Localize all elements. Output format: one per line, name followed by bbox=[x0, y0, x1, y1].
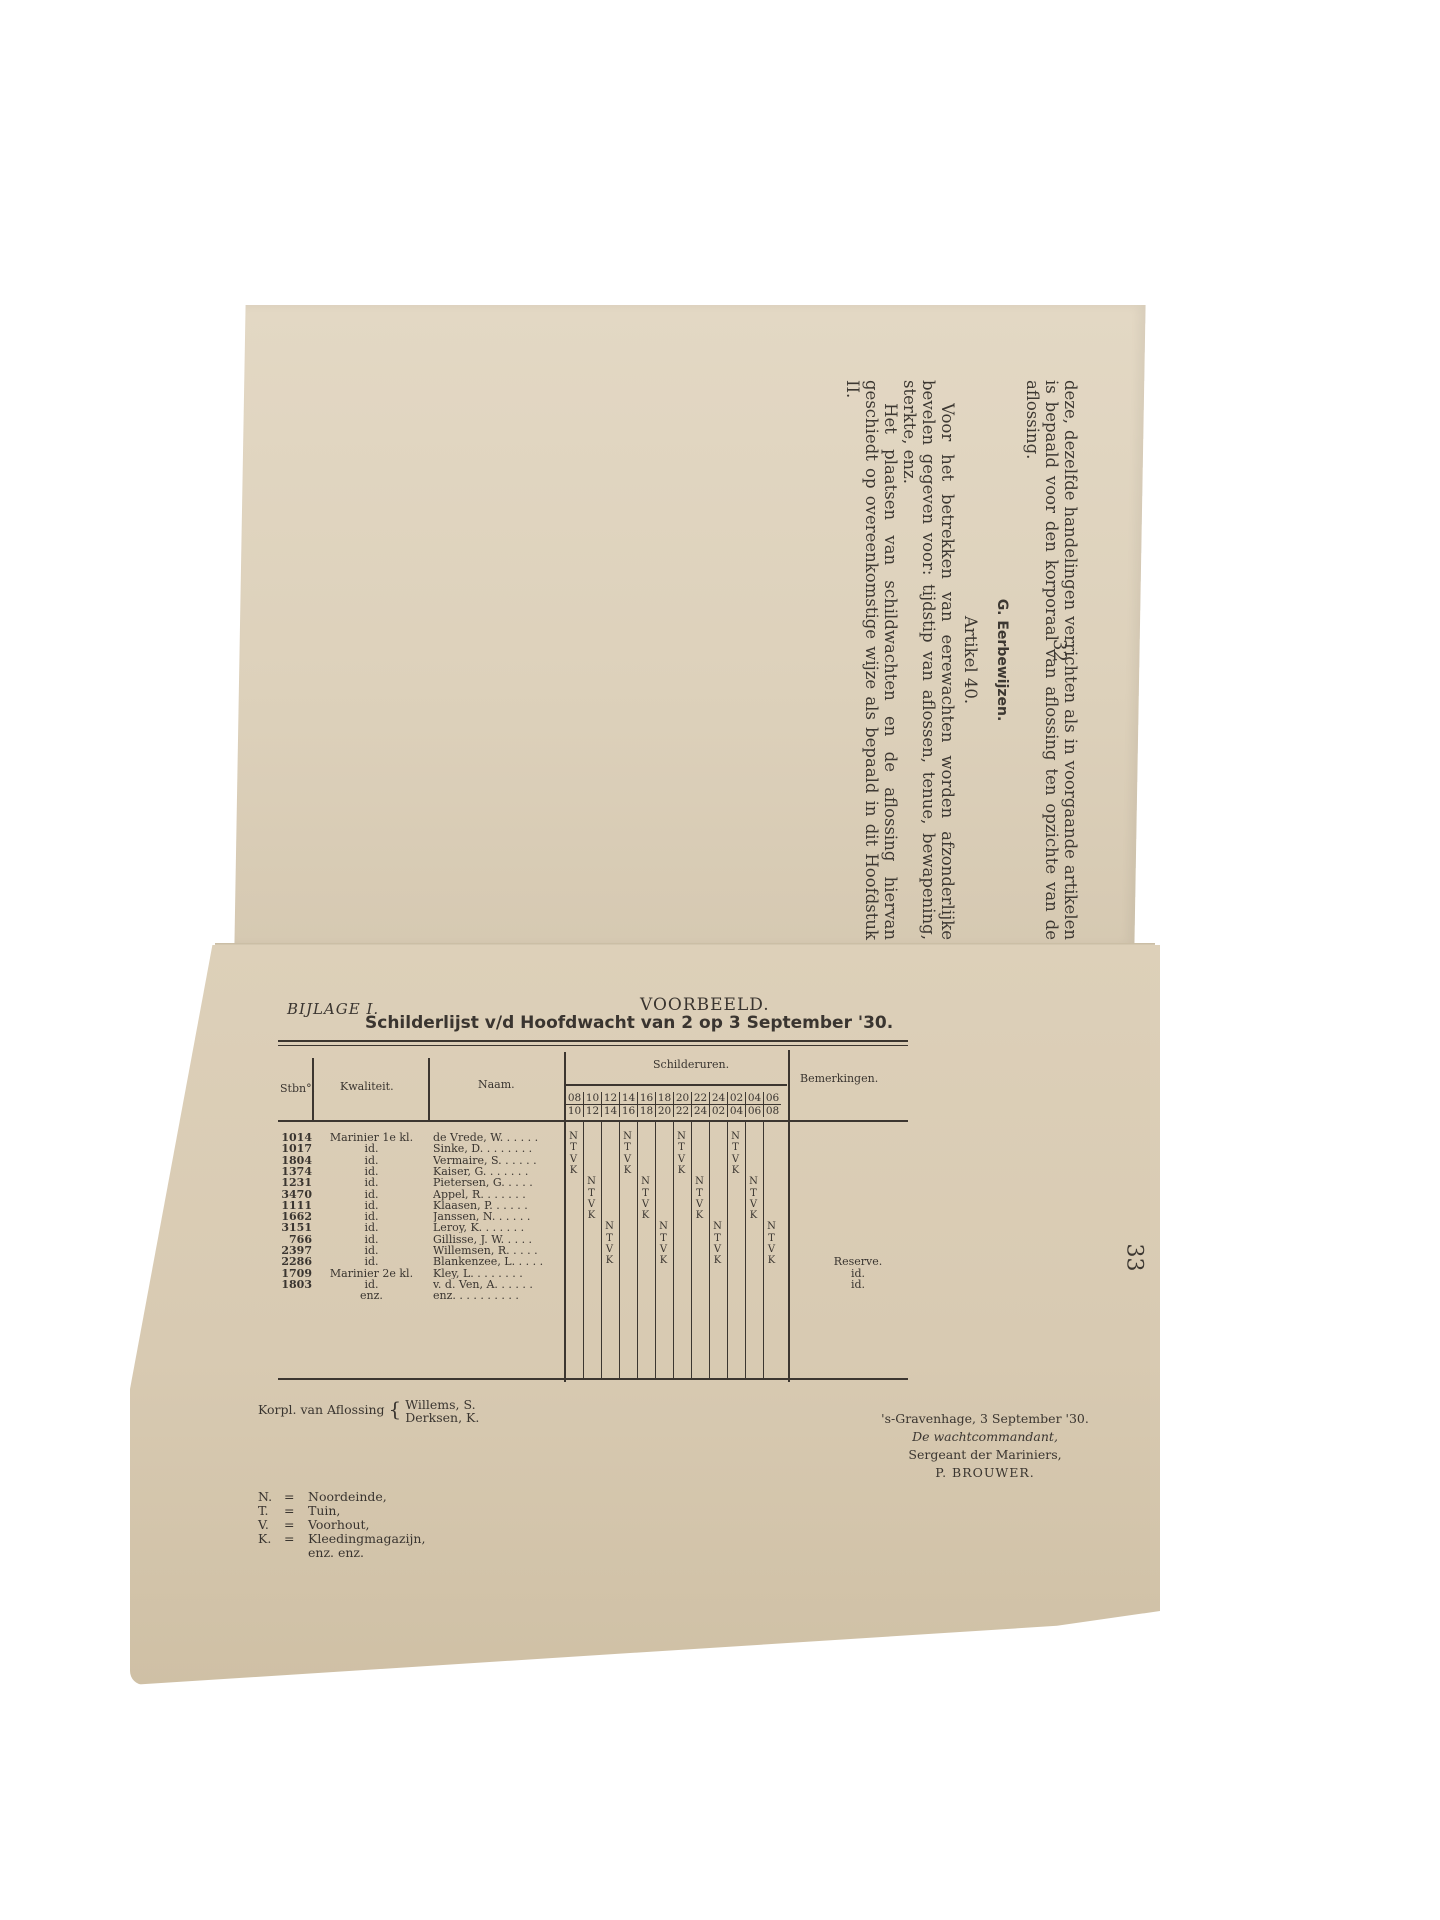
post-letter: V bbox=[655, 1245, 672, 1255]
post-letter: N bbox=[763, 1222, 780, 1232]
post-letter: V bbox=[691, 1200, 708, 1210]
post-letter: N bbox=[637, 1177, 654, 1187]
post-letter: V bbox=[637, 1200, 654, 1210]
post-letter: T bbox=[655, 1234, 672, 1244]
hour-column-2: 1214 bbox=[601, 1092, 619, 1117]
post-letter: K bbox=[565, 1166, 582, 1176]
hour-to: 12 bbox=[584, 1105, 601, 1117]
paragraph-3: Het plaatsen van schildwachten en de afl… bbox=[843, 380, 900, 940]
naam-cell: Klaasen, P. . . . . . bbox=[433, 1200, 558, 1211]
legend-row: N.=Noordeinde, bbox=[258, 1490, 425, 1504]
hour-column-0: 0810 bbox=[565, 1092, 583, 1117]
korporaal-aflossing: Korpl. van Aflossing { Willems, S. Derks… bbox=[258, 1395, 479, 1424]
bemerking-cell: id. bbox=[808, 1279, 908, 1290]
korporaal-label: Korpl. van Aflossing bbox=[258, 1402, 385, 1417]
page-33 bbox=[130, 945, 1160, 1685]
hour-from: 12 bbox=[602, 1092, 619, 1105]
post-letter: T bbox=[619, 1143, 636, 1153]
post-letter: K bbox=[655, 1256, 672, 1266]
hour-from: 20 bbox=[674, 1092, 691, 1105]
post-letter: T bbox=[637, 1189, 654, 1199]
signature-role: De wachtcommandant, bbox=[855, 1428, 1115, 1446]
hour-from: 16 bbox=[638, 1092, 655, 1105]
post-letter: N bbox=[601, 1222, 618, 1232]
page-number-33: 33 bbox=[1122, 1244, 1147, 1272]
kwaliteit-cell: id. bbox=[314, 1256, 429, 1267]
hour-to: 06 bbox=[746, 1105, 763, 1117]
legend-key bbox=[258, 1546, 284, 1560]
page-32-text: deze, dezelfde handelingen verrichten al… bbox=[780, 380, 1080, 940]
post-letter: N bbox=[673, 1132, 690, 1142]
equals-sign: = bbox=[284, 1518, 308, 1532]
post-letter: V bbox=[745, 1200, 762, 1210]
header-schilderuren: Schilderuren. bbox=[653, 1058, 729, 1071]
schilderuren-sub-rule bbox=[565, 1084, 787, 1086]
kwaliteit-cell: id. bbox=[314, 1155, 429, 1166]
hour-column-1: 1012 bbox=[583, 1092, 601, 1117]
header-kwaliteit: Kwaliteit. bbox=[340, 1080, 394, 1093]
signature-rank: Sergeant der Mariniers, bbox=[855, 1446, 1115, 1464]
kwaliteit-cell: id. bbox=[314, 1143, 429, 1154]
bemerking-cell: id. bbox=[808, 1268, 908, 1279]
naam-cell: Gillisse, J. W. . . . . bbox=[433, 1234, 558, 1245]
hour-divider bbox=[583, 1120, 584, 1378]
stbn-cell: 3470 bbox=[278, 1189, 312, 1200]
stbn-cell: 1803 bbox=[278, 1279, 312, 1290]
post-letter: N bbox=[655, 1222, 672, 1232]
post-letter: K bbox=[691, 1211, 708, 1221]
post-letter: K bbox=[709, 1256, 726, 1266]
post-letter: K bbox=[727, 1166, 744, 1176]
section-heading: G. Eerbewijzen. bbox=[992, 380, 1011, 940]
hour-to: 04 bbox=[728, 1105, 745, 1117]
bemerking-cell: Reserve. bbox=[808, 1256, 908, 1267]
post-letter: N bbox=[691, 1177, 708, 1187]
hour-column-7: 2224 bbox=[691, 1092, 709, 1117]
post-letter: V bbox=[565, 1155, 582, 1165]
hour-column-10: 0406 bbox=[745, 1092, 763, 1117]
equals-sign: = bbox=[284, 1504, 308, 1518]
header-naam: Naam. bbox=[478, 1078, 515, 1091]
table-row: enz.enz. . . . . . . . . . bbox=[278, 1290, 908, 1301]
naam-cell: Willemsen, R. . . . . bbox=[433, 1245, 558, 1256]
hour-column-8: 2402 bbox=[709, 1092, 727, 1117]
post-letter: K bbox=[745, 1211, 762, 1221]
kwaliteit-cell: id. bbox=[314, 1189, 429, 1200]
table-row: 2286id.Blankenzee, L. . . . .Reserve. bbox=[278, 1256, 908, 1267]
divider-stbn bbox=[312, 1058, 314, 1120]
korporaal-name-1: Willems, S. bbox=[405, 1398, 479, 1411]
hour-column-5: 1820 bbox=[655, 1092, 673, 1117]
table-title: Schilderlijst v/d Hoofdwacht van 2 op 3 … bbox=[365, 1013, 893, 1033]
naam-cell: Leroy, K. . . . . . . bbox=[433, 1222, 558, 1233]
legend-value: Tuin, bbox=[308, 1504, 340, 1518]
hour-from: 08 bbox=[566, 1092, 583, 1105]
header-bemerkingen: Bemerkingen. bbox=[800, 1072, 878, 1085]
hour-column-11: 0608 bbox=[763, 1092, 781, 1117]
hour-column-6: 2022 bbox=[673, 1092, 691, 1117]
equals-sign bbox=[284, 1546, 308, 1560]
legend-row: T.=Tuin, bbox=[258, 1504, 425, 1518]
hour-to: 16 bbox=[620, 1105, 637, 1117]
legend-row: enz. enz. bbox=[258, 1546, 425, 1560]
hour-to: 02 bbox=[710, 1105, 727, 1117]
post-letter: T bbox=[565, 1143, 582, 1153]
kwaliteit-cell: Marinier 2e kl. bbox=[314, 1268, 429, 1279]
korporaal-name-2: Derksen, K. bbox=[405, 1411, 479, 1424]
divider-kwaliteit bbox=[428, 1058, 430, 1120]
post-letter: V bbox=[601, 1245, 618, 1255]
hour-to: 14 bbox=[602, 1105, 619, 1117]
post-letter: V bbox=[619, 1155, 636, 1165]
post-letter: T bbox=[727, 1143, 744, 1153]
naam-cell: v. d. Ven, A. . . . . . bbox=[433, 1279, 558, 1290]
hour-to: 18 bbox=[638, 1105, 655, 1117]
hour-to: 22 bbox=[674, 1105, 691, 1117]
naam-cell: Pietersen, G. . . . . bbox=[433, 1177, 558, 1188]
stbn-cell: 3151 bbox=[278, 1222, 312, 1233]
legend-value: Kleedingmagazijn, bbox=[308, 1532, 425, 1546]
article-heading: Artikel 40. bbox=[961, 380, 980, 940]
post-letter: K bbox=[619, 1166, 636, 1176]
post-letter: V bbox=[709, 1245, 726, 1255]
post-letter: T bbox=[745, 1189, 762, 1199]
hour-columns-header: 0810101212141416161818202022222424020204… bbox=[565, 1092, 781, 1117]
naam-cell: Blankenzee, L. . . . . bbox=[433, 1256, 558, 1267]
naam-cell: Vermaire, S. . . . . . bbox=[433, 1155, 558, 1166]
kwaliteit-cell: id. bbox=[314, 1222, 429, 1233]
paragraph-2: Voor het betrekken van eerewachten worde… bbox=[900, 380, 957, 940]
signature-name: P. BROUWER. bbox=[855, 1464, 1115, 1482]
legend-key: K. bbox=[258, 1532, 284, 1546]
post-letter: K bbox=[601, 1256, 618, 1266]
stbn-cell: 2286 bbox=[278, 1256, 312, 1267]
post-letter: T bbox=[709, 1234, 726, 1244]
post-letter: V bbox=[583, 1200, 600, 1210]
hour-column-4: 1618 bbox=[637, 1092, 655, 1117]
table-row: 1709Marinier 2e kl.Kley, L. . . . . . . … bbox=[278, 1268, 908, 1279]
legend-row: V.=Voorhout, bbox=[258, 1518, 425, 1532]
hour-to: 08 bbox=[764, 1105, 781, 1117]
stbn-cell: 1804 bbox=[278, 1155, 312, 1166]
naam-cell: Appel, R. . . . . . . bbox=[433, 1189, 558, 1200]
hour-to: 20 bbox=[656, 1105, 673, 1117]
kwaliteit-cell: enz. bbox=[314, 1290, 429, 1301]
naam-cell: Sinke, D. . . . . . . . bbox=[433, 1143, 558, 1154]
legend-row: K.=Kleedingmagazijn, bbox=[258, 1532, 425, 1546]
brace-icon: { bbox=[389, 1397, 402, 1421]
post-letter: N bbox=[583, 1177, 600, 1187]
post-letter: K bbox=[583, 1211, 600, 1221]
post-letter: T bbox=[763, 1234, 780, 1244]
post-letter: N bbox=[745, 1177, 762, 1187]
post-letter: V bbox=[727, 1155, 744, 1165]
hour-divider bbox=[745, 1120, 746, 1378]
post-letter: V bbox=[673, 1155, 690, 1165]
legend-key: V. bbox=[258, 1518, 284, 1532]
stbn-cell: 1709 bbox=[278, 1268, 312, 1279]
legend-value: enz. enz. bbox=[308, 1546, 364, 1560]
post-letter: T bbox=[673, 1143, 690, 1153]
naam-cell: Janssen, N. . . . . . bbox=[433, 1211, 558, 1222]
post-letter: N bbox=[727, 1132, 744, 1142]
place-date: 's-Gravenhage, 3 September '30. bbox=[855, 1410, 1115, 1428]
header-stbn: Stbn°. bbox=[280, 1082, 315, 1095]
table-row: 3151id.Leroy, K. . . . . . . bbox=[278, 1222, 908, 1233]
equals-sign: = bbox=[284, 1490, 308, 1504]
legend-value: Noordeinde, bbox=[308, 1490, 387, 1504]
table-row: 1017id.Sinke, D. . . . . . . . bbox=[278, 1143, 908, 1154]
naam-cell: Kaiser, G. . . . . . . bbox=[433, 1166, 558, 1177]
hour-column-9: 0204 bbox=[727, 1092, 745, 1117]
post-letter: T bbox=[601, 1234, 618, 1244]
post-letter: V bbox=[763, 1245, 780, 1255]
open-booklet: deze, dezelfde handelingen verrichten al… bbox=[0, 0, 1440, 1920]
post-letter: N bbox=[709, 1222, 726, 1232]
location-legend: N.=Noordeinde,T.=Tuin,V.=Voorhout,K.=Kle… bbox=[258, 1490, 425, 1560]
signature-block: 's-Gravenhage, 3 September '30. De wacht… bbox=[855, 1410, 1115, 1482]
equals-sign: = bbox=[284, 1532, 308, 1546]
hour-column-3: 1416 bbox=[619, 1092, 637, 1117]
voorbeeld-label: VOORBEELD. bbox=[640, 995, 770, 1015]
stbn-cell: 1231 bbox=[278, 1177, 312, 1188]
post-letter: K bbox=[763, 1256, 780, 1266]
hour-divider bbox=[637, 1120, 638, 1378]
naam-cell: enz. . . . . . . . . . bbox=[433, 1290, 558, 1301]
page-number-32: 32 bbox=[1049, 639, 1070, 662]
post-letter: T bbox=[583, 1189, 600, 1199]
post-letter: N bbox=[565, 1132, 582, 1142]
hour-from: 24 bbox=[710, 1092, 727, 1105]
stbn-cell: 1017 bbox=[278, 1143, 312, 1154]
hour-from: 14 bbox=[620, 1092, 637, 1105]
legend-key: T. bbox=[258, 1504, 284, 1518]
hour-from: 06 bbox=[764, 1092, 781, 1105]
table-bottom-rule bbox=[278, 1378, 908, 1380]
hour-to: 24 bbox=[692, 1105, 709, 1117]
table-row: 1804id.Vermaire, S. . . . . . bbox=[278, 1155, 908, 1166]
naam-cell: de Vrede, W. . . . . . bbox=[433, 1132, 558, 1143]
hour-divider bbox=[691, 1120, 692, 1378]
header-bottom-rule bbox=[278, 1120, 908, 1122]
legend-value: Voorhout, bbox=[308, 1518, 370, 1532]
kwaliteit-cell: id. bbox=[314, 1177, 429, 1188]
table-top-rule bbox=[278, 1040, 908, 1042]
table-top-rule-2 bbox=[278, 1045, 908, 1046]
post-letter: N bbox=[619, 1132, 636, 1142]
hour-from: 02 bbox=[728, 1092, 745, 1105]
post-letter: K bbox=[673, 1166, 690, 1176]
post-letter: K bbox=[637, 1211, 654, 1221]
naam-cell: Kley, L. . . . . . . . bbox=[433, 1268, 558, 1279]
hour-from: 22 bbox=[692, 1092, 709, 1105]
post-letter: T bbox=[691, 1189, 708, 1199]
hour-to: 10 bbox=[566, 1105, 583, 1117]
hour-from: 18 bbox=[656, 1092, 673, 1105]
hour-from: 04 bbox=[746, 1092, 763, 1105]
hour-from: 10 bbox=[584, 1092, 601, 1105]
legend-key: N. bbox=[258, 1490, 284, 1504]
